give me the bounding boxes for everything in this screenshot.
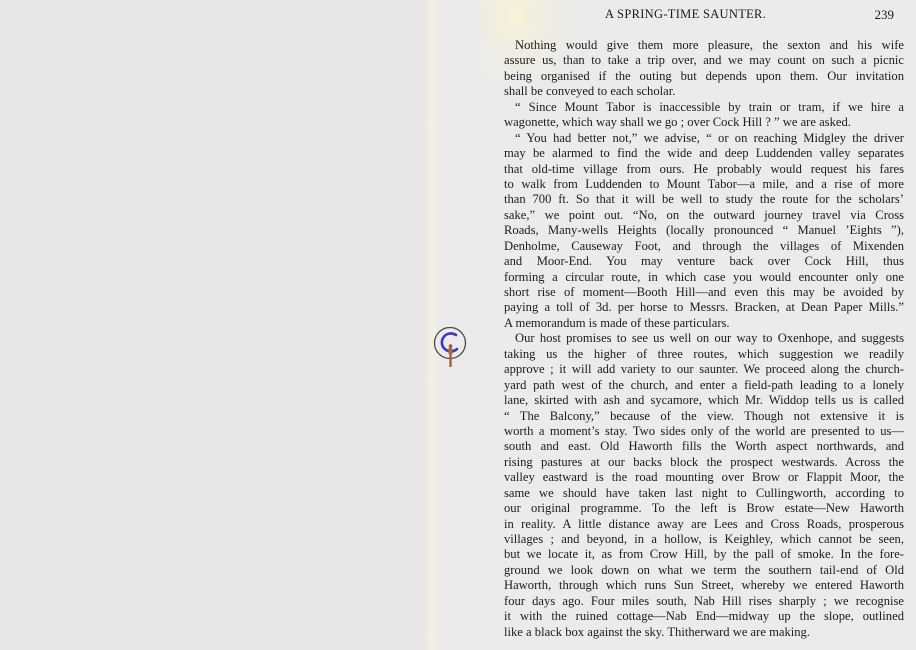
text-line: may be alarmed to find the wide and deep… <box>504 146 904 161</box>
text-line: rising pastures at our backs block the p… <box>504 455 904 470</box>
running-head: A SPRING-TIME SAUNTER. 239 <box>500 7 904 25</box>
text-line: villages ; and beyond, in a hollow, is K… <box>504 532 904 547</box>
text-line: same we should have taken last night to … <box>504 486 904 501</box>
text-line: Haworth, through which runs Sun Street, … <box>504 578 904 593</box>
text-line: “ Since Mount Tabor is inaccessible by t… <box>504 100 904 115</box>
text-line: approve ; it will add variety to our sau… <box>504 362 904 377</box>
running-title: A SPRING-TIME SAUNTER. <box>605 7 766 22</box>
text-line: being organised if the outing but depend… <box>504 69 904 84</box>
text-line: than 700 ft. So that it will be well to … <box>504 192 904 207</box>
text-line: wagonette, which way shall we go ; over … <box>504 115 904 130</box>
page-number: 239 <box>875 7 895 23</box>
text-line: south and east. Old Haworth fills the Wo… <box>504 439 904 454</box>
text-line: A memorandum is made of these particular… <box>504 316 904 331</box>
page-body-text: Nothing would give them more pleasure, t… <box>504 38 904 640</box>
text-line: valley eastward is the road mounting ove… <box>504 470 904 485</box>
text-line: Denholme, Causeway Foot, and through the… <box>504 239 904 254</box>
text-line: like a black box against the sky. Thithe… <box>504 625 904 640</box>
book-gutter <box>426 0 440 650</box>
text-line: lane, skirted with ash and sycamore, whi… <box>504 393 904 408</box>
text-line: Our host promises to see us well on our … <box>504 331 904 346</box>
text-line: to walk from Luddenden to Mount Tabor—a … <box>504 177 904 192</box>
text-line: that old-time village from ours. He prob… <box>504 162 904 177</box>
text-line: in reality. A little distance away are L… <box>504 517 904 532</box>
text-line: worth a moment’s stay. Two sides only of… <box>504 424 904 439</box>
text-line: short rise of moment—Booth Hill—and even… <box>504 285 904 300</box>
text-line: ground we look down on what we term the … <box>504 563 904 578</box>
text-line: but we locate it, as from Crow Hill, by … <box>504 547 904 562</box>
text-line: four days ago. Four miles south, Nab Hil… <box>504 594 904 609</box>
text-line: “ You had better not,” we advise, “ or o… <box>504 131 904 146</box>
text-line: it with the ruined cottage—Nab End—midwa… <box>504 609 904 624</box>
left-page-blank <box>0 0 428 650</box>
text-line: Nothing would give them more pleasure, t… <box>504 38 904 53</box>
text-line: taking us the higher of three routes, wh… <box>504 347 904 362</box>
text-line: our original programme. To the left is B… <box>504 501 904 516</box>
text-line: sake,” we point out. “No, on the outward… <box>504 208 904 223</box>
text-line: paying a toll of 3d. per horse to Messrs… <box>504 300 904 315</box>
text-line: Roads, Many-wells Heights (locally prono… <box>504 223 904 238</box>
text-line: assure us, than to take a trip over, and… <box>504 53 904 68</box>
text-line: and Moor-End. You may venture back over … <box>504 254 904 269</box>
text-line: shall be conveyed to each scholar. <box>504 84 904 99</box>
text-line: yard path west of the church, and enter … <box>504 378 904 393</box>
text-line: “ The Balcony,” because of the view. Tho… <box>504 409 904 424</box>
busy-cursor-icon <box>433 327 467 369</box>
book-spread: A SPRING-TIME SAUNTER. 239 Nothing would… <box>0 0 916 650</box>
text-line: forming a circular route, in which case … <box>504 270 904 285</box>
